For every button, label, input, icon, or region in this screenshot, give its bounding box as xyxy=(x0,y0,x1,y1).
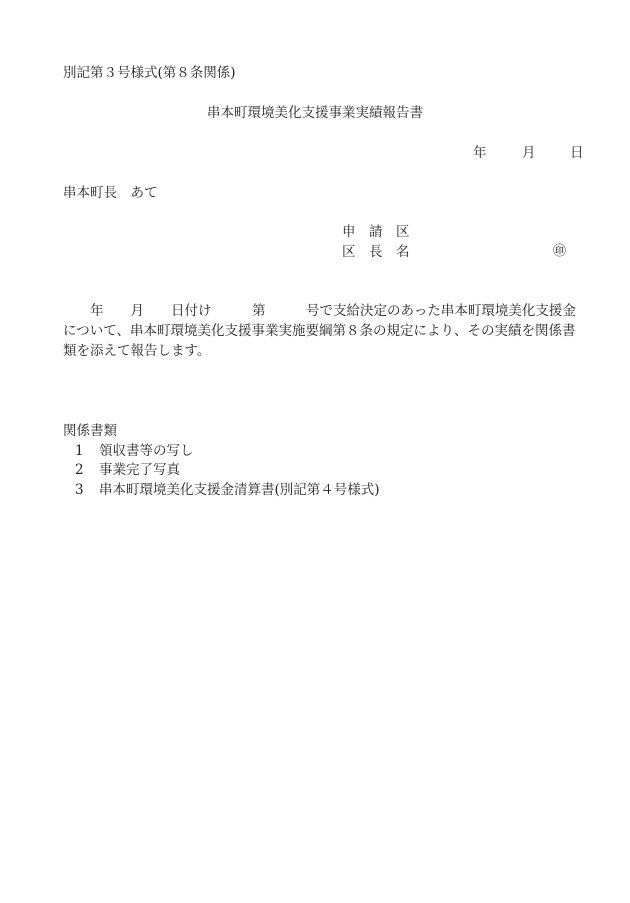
body-line-3: 類を添えて報告します。 xyxy=(63,341,581,361)
related-documents: 関係書類 1領収書等の写し 2事業完了写真 3串本町環境美化支援金清算書(別記第… xyxy=(63,422,380,500)
day-label: 日 xyxy=(570,144,584,162)
body-line-1: 年 月 日付け 第 号で支給決定のあった串本町環境美化支援金 xyxy=(63,301,581,321)
date-line: 年月日 xyxy=(473,144,584,162)
report-body: 年 月 日付け 第 号で支給決定のあった串本町環境美化支援金 について、串本町環… xyxy=(63,301,581,361)
list-item: 2事業完了写真 xyxy=(63,461,380,481)
addressee: 串本町長 あて xyxy=(63,184,158,202)
year-label: 年 xyxy=(473,144,522,162)
body-line-2: について、串本町環境美化支援事業実施要綱第８条の規定により、その実績を関係書 xyxy=(63,321,581,341)
applicant-chief-label: 区 長 名 xyxy=(342,243,410,263)
applicant-block: 申 請 区 区 長 名 xyxy=(342,223,410,263)
month-label: 月 xyxy=(522,144,570,162)
related-documents-heading: 関係書類 xyxy=(63,422,380,442)
applicant-district-label: 申 請 区 xyxy=(342,223,410,243)
document-title: 串本町環境美化支援事業実績報告書 xyxy=(0,104,630,122)
form-label: 別記第３号様式(第８条関係) xyxy=(63,64,236,82)
seal-mark: ㊞ xyxy=(553,243,566,261)
list-item: 3串本町環境美化支援金清算書(別記第４号様式) xyxy=(63,481,380,501)
list-item: 1領収書等の写し xyxy=(63,442,380,462)
